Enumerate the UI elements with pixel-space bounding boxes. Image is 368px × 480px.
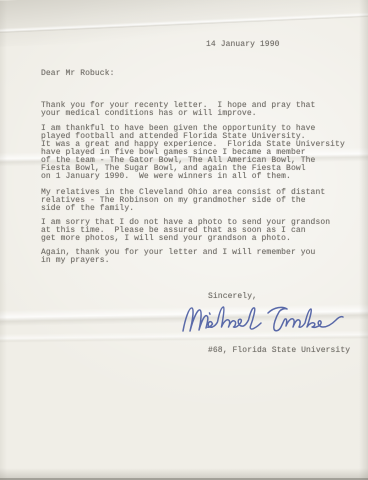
letter-paragraph-3: My relatives in the Cleveland Ohio area … bbox=[41, 189, 325, 213]
letter-date: 14 January 1990 bbox=[206, 41, 280, 49]
letter-paragraph-5: Again, thank you for your letter and I w… bbox=[41, 249, 315, 265]
letter-signature-line: #68, Florida State University bbox=[208, 347, 350, 355]
letter-paragraph-1: Thank you for your recenty letter. I hop… bbox=[41, 102, 315, 118]
paper-edge-bottom bbox=[0, 468, 368, 480]
paper-edge-right bbox=[359, 0, 368, 480]
letter-paragraph-4: I am sorry that I do not have a photo to… bbox=[41, 219, 330, 243]
letter-paragraph-2: I am thankful to have been given the opp… bbox=[41, 125, 345, 181]
letter-scan: 14 January 1990 Dear Mr Robuck: Thank yo… bbox=[0, 0, 368, 480]
paper-crease-top bbox=[0, 0, 368, 47]
paper-edge-left bbox=[0, 0, 7, 480]
signature-handwriting bbox=[180, 299, 346, 341]
paper-crease-top-line bbox=[0, 11, 368, 33]
letter-salutation: Dear Mr Robuck: bbox=[41, 70, 115, 78]
